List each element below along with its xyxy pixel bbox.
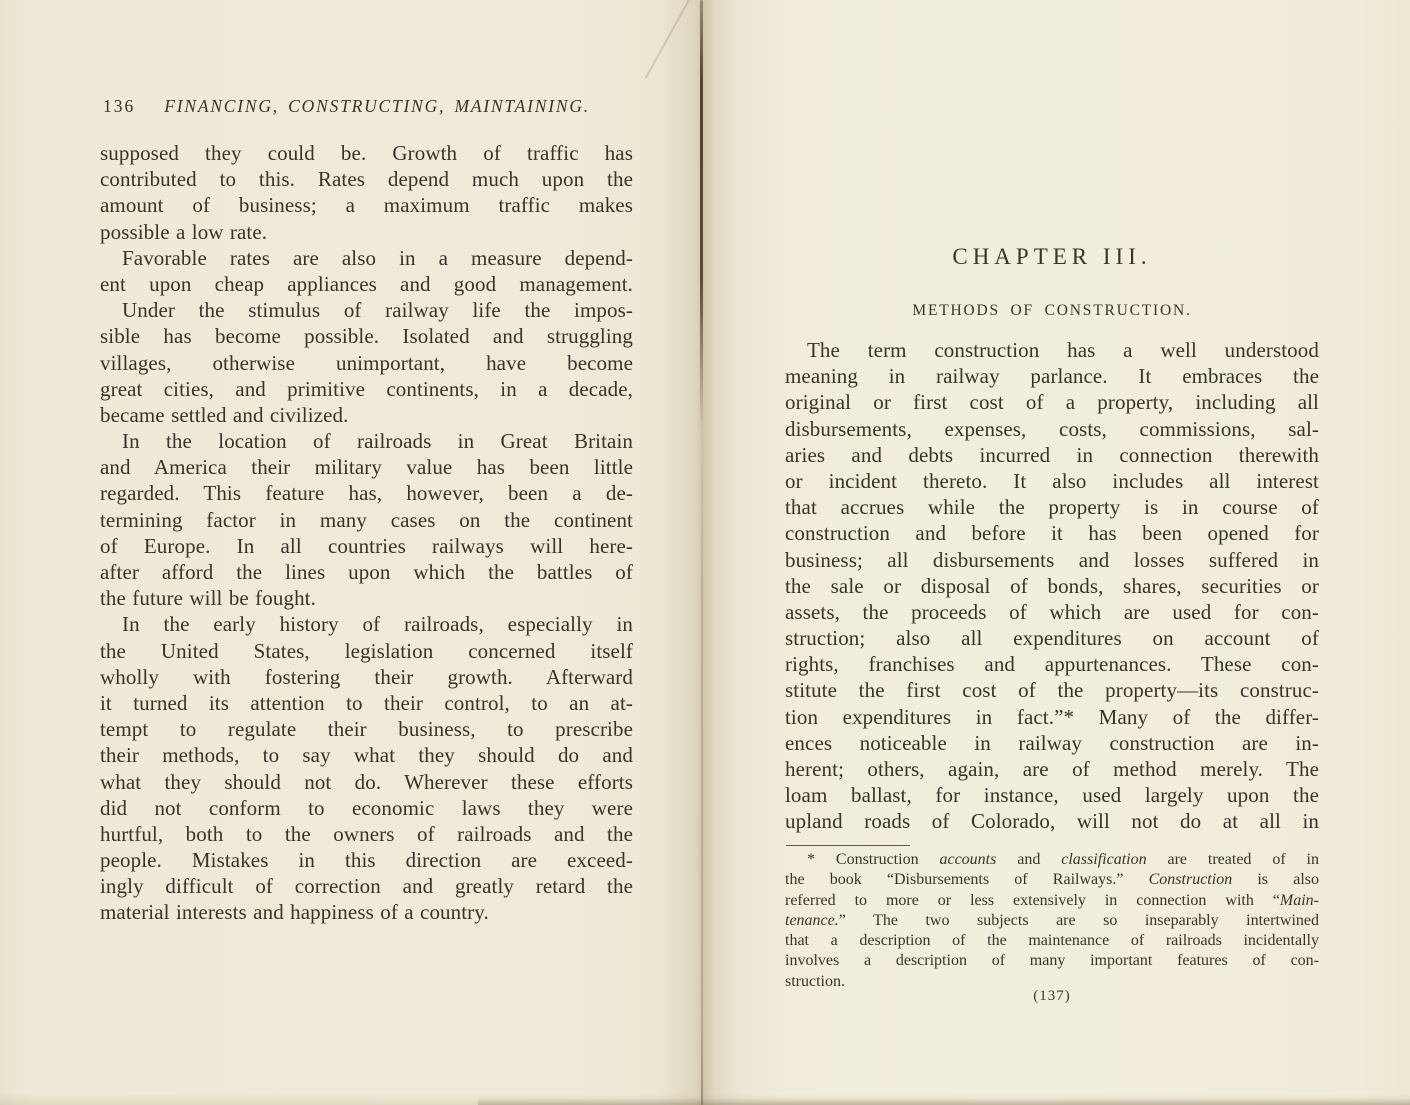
text-line: did not conform to economic laws they we… <box>100 796 633 822</box>
text-line: regarded. This feature has, however, bee… <box>100 481 633 507</box>
text-line: the sale or disposal of bonds, shares, s… <box>785 574 1319 600</box>
text-line: construction and before it has been open… <box>785 521 1319 547</box>
text-line: loam ballast, for instance, used largely… <box>785 783 1319 809</box>
text-line: great cities, and primitive continents, … <box>100 377 633 403</box>
text-line: people. Mistakes in this direction are e… <box>100 848 633 874</box>
text-line: the book “Disbursements of Railways.” Co… <box>785 871 1319 891</box>
text-line: contributed to this. Rates depend much u… <box>100 167 633 193</box>
text-line: Favorable rates are also in a measure de… <box>100 246 633 272</box>
text-line: disbursements, expenses, costs, commissi… <box>785 417 1319 443</box>
text-line: the future will be fought. <box>100 586 633 612</box>
book-spread: 136FINANCING, CONSTRUCTING, MAINTAINING.… <box>0 0 1410 1105</box>
text-line: aries and debts incurred in connection t… <box>785 443 1319 469</box>
text-line: the United States, legislation concerned… <box>100 639 633 665</box>
text-line: Under the stimulus of railway life the i… <box>100 298 633 324</box>
text-line: ences noticeable in railway construction… <box>785 731 1319 757</box>
text-line: possible a low rate. <box>100 220 633 246</box>
text-line: rights, franchises and appurtenances. Th… <box>785 652 1319 678</box>
text-line: original or first cost of a property, in… <box>785 390 1319 416</box>
text-line: of Europe. In all countries railways wil… <box>100 534 633 560</box>
footnote-rule <box>786 845 910 846</box>
text-line: that a description of the maintenance of… <box>785 932 1319 952</box>
text-line: stitute the first cost of the property—i… <box>785 678 1319 704</box>
text-line: The term construction has a well underst… <box>785 338 1319 364</box>
text-line: meaning in railway parlance. It embraces… <box>785 364 1319 390</box>
text-line: after afford the lines upon which the ba… <box>100 560 633 586</box>
running-title: FINANCING, CONSTRUCTING, MAINTAINING. <box>164 96 590 116</box>
text-line: termining factor in many cases on the co… <box>100 508 633 534</box>
text-line: or incident thereto. It also includes al… <box>785 469 1319 495</box>
page-number-left: 136 <box>103 96 135 116</box>
text-line: * Construction accounts and classificati… <box>785 851 1319 871</box>
section-heading: METHODS OF CONSTRUCTION. <box>785 302 1319 320</box>
text-line: herent; others, again, are of method mer… <box>785 757 1319 783</box>
text-line: assets, the proceeds of which are used f… <box>785 600 1319 626</box>
text-line: villages, otherwise unimportant, have be… <box>100 351 633 377</box>
text-line: In the early history of railroads, espec… <box>100 612 633 638</box>
text-line: referred to more or less extensively in … <box>785 892 1319 912</box>
text-line: wholly with fostering their growth. Afte… <box>100 665 633 691</box>
text-line: that accrues while the property is in co… <box>785 495 1319 521</box>
left-page-body-text: supposed they could be. Growth of traffi… <box>100 141 633 927</box>
text-line: involves a description of many important… <box>785 952 1319 972</box>
text-line: tempt to regulate their business, to pre… <box>100 717 633 743</box>
page-number-right: (137) <box>785 988 1319 1005</box>
right-page-body-text: The term construction has a well underst… <box>785 338 1319 836</box>
text-line: ent upon cheap appliances and good manag… <box>100 272 633 298</box>
text-line: struction; also all expenditures on acco… <box>785 626 1319 652</box>
text-line: supposed they could be. Growth of traffi… <box>100 141 633 167</box>
text-line: tion expenditures in fact.”* Many of the… <box>785 705 1319 731</box>
text-line: hurtful, both to the owners of railroads… <box>100 822 633 848</box>
text-line: ingly difficult of correction and greatl… <box>100 874 633 900</box>
text-line: became settled and civilized. <box>100 403 633 429</box>
text-line: their methods, to say what they should d… <box>100 743 633 769</box>
text-line: what they should not do. Wherever these … <box>100 770 633 796</box>
gutter-crease-line <box>700 0 703 430</box>
text-line: amount of business; a maximum traffic ma… <box>100 193 633 219</box>
text-line: material interests and happiness of a co… <box>100 900 633 926</box>
text-line: sible has become possible. Isolated and … <box>100 324 633 350</box>
text-line: business; all disbursements and losses s… <box>785 548 1319 574</box>
chapter-heading: CHAPTER III. <box>785 244 1319 270</box>
left-page-header: 136FINANCING, CONSTRUCTING, MAINTAINING. <box>103 96 636 117</box>
footnote-text: * Construction accounts and classificati… <box>785 851 1319 993</box>
text-line: upland roads of Colorado, will not do at… <box>785 809 1319 835</box>
text-line: tenance.” The two subjects are so insepa… <box>785 912 1319 932</box>
bottom-right-page-edge <box>478 1098 1410 1105</box>
paper-crease <box>645 0 693 78</box>
gutter-crease-line-lower <box>701 390 703 1105</box>
text-line: In the location of railroads in Great Br… <box>100 429 633 455</box>
text-line: and America their military value has bee… <box>100 455 633 481</box>
text-line: it turned its attention to their control… <box>100 691 633 717</box>
